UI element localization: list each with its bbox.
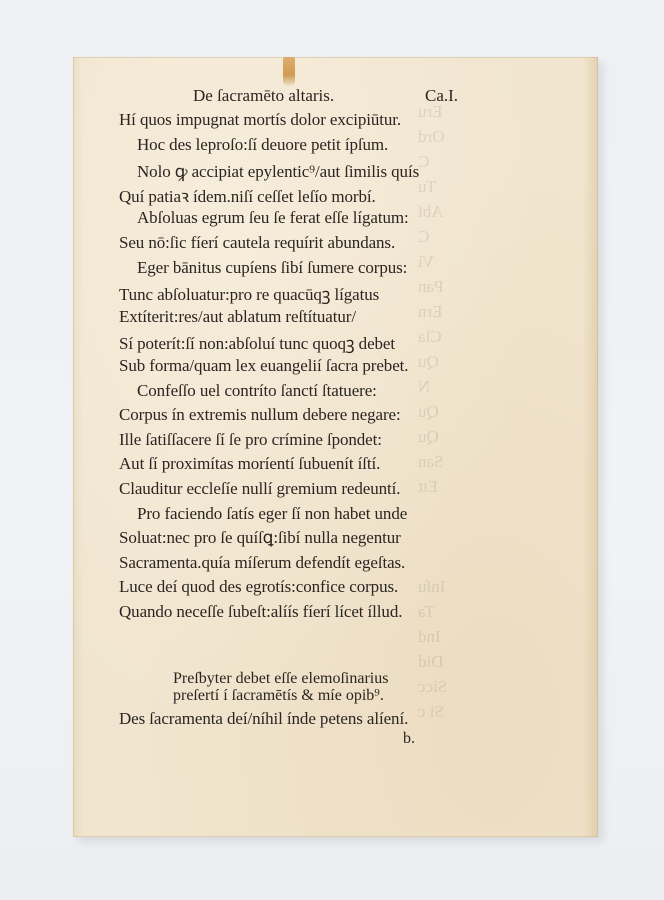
verse-line: Pro faciendo ſatís eger ſí non habet und… bbox=[137, 504, 407, 524]
marginal-note-line-2: preſertí í ſacramētís & míe opib⁹. bbox=[173, 688, 384, 704]
verse-line: Eger bānitus cupíens ſibí ſumere corpus: bbox=[137, 258, 407, 278]
verse-line: Quando neceſſe ſubeſt:alíís fíerí lícet … bbox=[119, 602, 402, 622]
verse-line: Soluat:nec pro ſe quíſꝗ:ſibí nulla negen… bbox=[119, 528, 401, 548]
verse-line: Corpus ín extremis nullum debere negare: bbox=[119, 405, 401, 425]
marginal-note-line-1: Preſbyter debet eſſe elemoſinarius bbox=[173, 671, 388, 687]
verse-line: Sub forma/quam lex euangelií ſacra prebe… bbox=[119, 356, 408, 376]
verse-line: Quí patiaꝛ ídem.niſí ceſſet leſío morbí. bbox=[119, 184, 376, 207]
incunable-leaf: Eru Ord C Tu Abſ C Vi Pan Ern Cla Qu N Q… bbox=[73, 57, 598, 837]
verse-line: Seu nō:ſic fíerí cautela requírit abunda… bbox=[119, 233, 395, 253]
verse-line: Clauditur eccleſíe nullí gremium redeunt… bbox=[119, 479, 400, 499]
verse-line: Luce deí quod des egrotís:confice corpus… bbox=[119, 577, 398, 597]
verse-line: Confeſſo uel contríto ſanctí ſtatuere: bbox=[137, 381, 377, 401]
verse-line: Sacramenta.quía míſerum defendít egeſtas… bbox=[119, 553, 405, 573]
verse-line: Aut ſí proximítas moríentí ſubuenít íſtí… bbox=[119, 454, 380, 474]
verse-line: Ille ſatiſſacere ſí ſe pro crímine ſpond… bbox=[119, 430, 382, 450]
running-head: De ſacramēto altaris. bbox=[193, 86, 334, 106]
verse-line: Sí poterít:ſí non:abſoluí tunc quoqꝫ deb… bbox=[119, 331, 395, 354]
verse-line: Hoc des leproſo:ſí deuore petit ípſum. bbox=[137, 135, 388, 155]
verse-line: Abſoluas egrum ſeu ſe ferat eſſe lígatum… bbox=[137, 208, 409, 228]
verse-line: Extíterit:res/aut ablatum reſtítuatur/ bbox=[119, 307, 356, 327]
chapter-mark: Ca.I. bbox=[425, 86, 458, 106]
verse-line: Nolo ꝙ accipiat epylentic⁹/aut ſimilis q… bbox=[137, 159, 419, 182]
verse-line: Tunc abſoluatur:pro re quacūqꝫ lígatus bbox=[119, 282, 379, 305]
signature-mark: b. bbox=[403, 730, 415, 748]
final-verse: Des ſacramenta deí/níhil índe petens alí… bbox=[119, 709, 408, 729]
printed-text-block: De ſacramēto altaris. Ca.I. Hí quos impu… bbox=[73, 57, 598, 837]
verse-line: Hí quos impugnat mortís dolor excipiūtur… bbox=[119, 110, 401, 130]
